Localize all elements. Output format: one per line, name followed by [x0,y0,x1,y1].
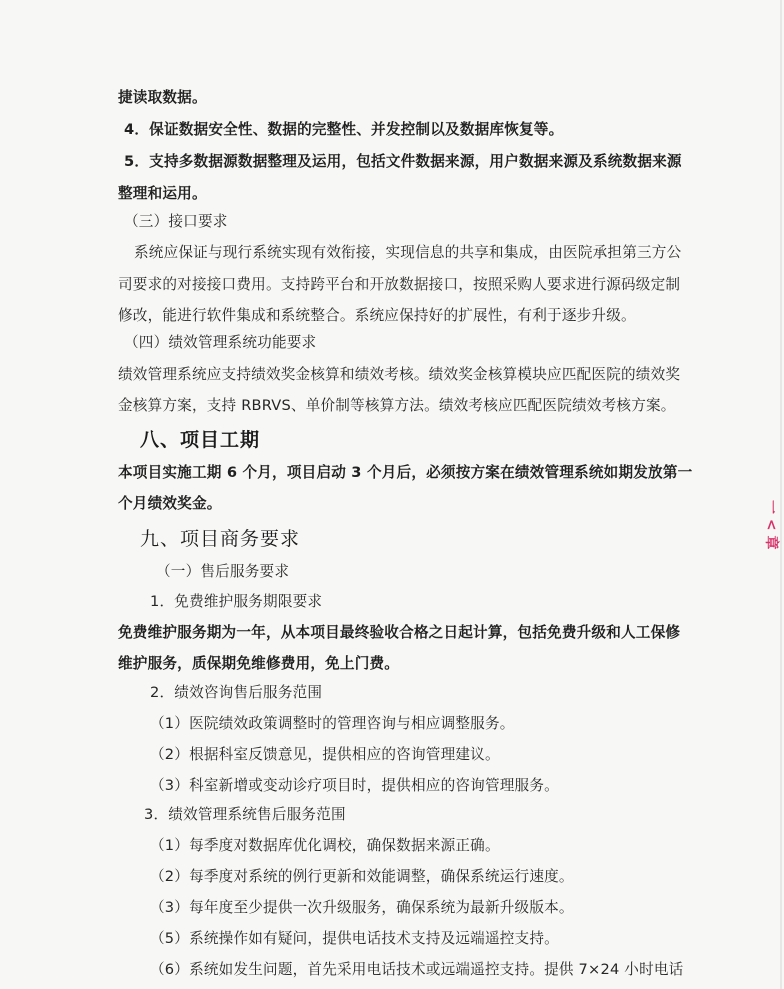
paragraph-line: 金核算方案，支持 RBRVS、单价制等核算方法。绩效考核应匹配医院绩效考核方案。 [118,396,676,416]
paragraph-line: 本项目实施工期 6 个月，项目启动 3 个月后，必须按方案在绩效管理系统如期发放… [118,463,692,483]
list-item: （2）每季度对系统的例行更新和效能调整，确保系统运行速度。 [150,867,574,887]
list-item: （1）每季度对数据库优化调校，确保数据来源正确。 [150,836,500,856]
subheading-interface-requirements: （三）接口要求 [124,212,228,232]
subheading-performance-system: （四）绩效管理系统功能要求 [124,333,316,353]
paragraph-line: 免费维护服务期为一年，从本项目最终验收合格之日起计算，包括免费升级和人工保修 [118,623,680,643]
list-item: （6）系统如发生问题，首先采用电话技术或远端遥控支持。提供 7×24 小时电话 [150,960,683,980]
paragraph-line: 绩效管理系统应支持绩效奖金核算和绩效考核。绩效奖金核算模块应匹配医院的绩效奖 [118,365,680,385]
subheading-after-sales: （一）售后服务要求 [156,562,289,582]
section-heading-schedule: 八、项目工期 [140,427,260,453]
list-item: （5）系统操作如有疑问，提供电话技术支持及远端遥控支持。 [150,929,559,949]
page-edge-shadow [780,0,782,989]
item-title: 3．绩效管理系统售后服务范围 [144,805,346,825]
paragraph-line: 维护服务，质保期免维修费用，免上门费。 [118,654,399,674]
list-item-4: 4．保证数据安全性、数据的完整性、并发控制以及数据库恢复等。 [124,120,563,140]
list-item-5: 5．支持多数据源数据整理及运用，包括文件数据来源，用户数据来源及系统数据来源 [124,152,682,172]
item-title: 2．绩效咨询售后服务范围 [150,683,322,703]
list-item: （3）每年度至少提供一次升级服务，确保系统为最新升级版本。 [150,898,574,918]
paragraph-line: 司要求的对接接口费用。支持跨平台和开放数据接口，按照采购人要求进行源码级定制 [118,275,680,295]
paragraph-line: 系统应保证与现行系统实现有效衔接，实现信息的共享和集成，由医院承担第三方公 [134,243,681,263]
text-line: 捷读取数据。 [118,88,207,108]
text-line: 整理和运用。 [118,184,207,204]
seal-stamp-fragment: 一 < 章 [762,500,782,549]
paragraph-line: 修改，能进行软件集成和系统整合。系统应保持好的扩展性，有利于逐步升级。 [118,306,636,326]
list-item: （3）科室新增或变动诊疗项目时，提供相应的咨询管理服务。 [150,776,559,796]
list-item: （2）根据科室反馈意见，提供相应的咨询管理建议。 [150,745,500,765]
scanned-document-page: 捷读取数据。 4．保证数据安全性、数据的完整性、并发控制以及数据库恢复等。 5．… [0,0,784,989]
list-item: （1）医院绩效政策调整时的管理咨询与相应调整服务。 [150,714,515,734]
section-heading-business: 九、项目商务要求 [140,526,300,552]
paragraph-line: 个月绩效奖金。 [118,494,222,514]
item-title: 1．免费维护服务期限要求 [150,592,322,612]
